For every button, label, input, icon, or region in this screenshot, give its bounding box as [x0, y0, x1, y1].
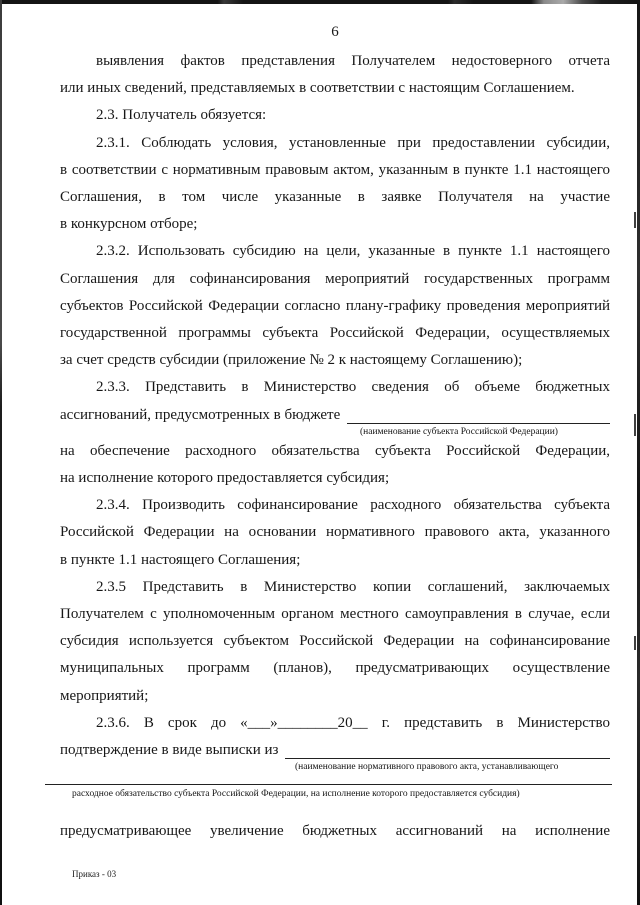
paragraph-2-3-4: 2.3.4. Производить софинансирование расх…: [60, 492, 610, 574]
scan-artifact: [634, 212, 636, 228]
scan-artifact: [634, 414, 636, 436]
text-line: государственной программы субъекта Росси…: [60, 320, 610, 347]
text-line: Соглашения, в том числе указанные в заяв…: [60, 184, 610, 211]
paragraph-2-3-2: 2.3.2. Использовать субсидию на цели, ук…: [60, 238, 610, 374]
document-body: выявления фактов представления Получател…: [60, 48, 610, 773]
text-line: 2.3.2. Использовать субсидию на цели, ук…: [60, 238, 610, 265]
text-line-with-blank: ассигнований, предусмотренных в бюджете: [60, 402, 610, 429]
text-line: подтверждение в виде выписки из: [60, 737, 278, 764]
fill-in-blank-line: [285, 744, 610, 759]
blank-caption: (наименование субъекта Российской Федера…: [360, 426, 610, 438]
document-footer: Приказ - 03: [72, 869, 116, 879]
paragraph-intro: выявления фактов представления Получател…: [60, 48, 610, 102]
text-line: мероприятий;: [60, 683, 610, 710]
paragraph-2-3-6: 2.3.6. В срок до «___»________20__ г. пр…: [60, 710, 610, 773]
paragraph-2-3-3: 2.3.3. Представить в Министерство сведен…: [60, 374, 610, 492]
text-line: субсидия используется субъектом Российск…: [60, 628, 610, 655]
paragraph-2-3-1: 2.3.1. Соблюдать условия, установленные …: [60, 130, 610, 239]
text-line: или иных сведений, представляемых в соот…: [60, 75, 610, 102]
text-line: в конкурсном отборе;: [60, 211, 610, 238]
text-line: 2.3.3. Представить в Министерство сведен…: [60, 374, 610, 401]
scan-border-top: [0, 0, 640, 4]
text-line: Получателем с уполномоченным органом мес…: [60, 601, 610, 628]
paragraph-continuation: предусматривающее увеличение бюджетных а…: [60, 818, 610, 845]
text-line: муниципальных программ (планов), предусм…: [60, 655, 610, 682]
text-line: 2.3.4. Производить софинансирование расх…: [60, 492, 610, 519]
text-line: 2.3. Получатель обязуется:: [60, 102, 610, 129]
blank-caption: (наименование нормативного правового акт…: [295, 761, 610, 773]
page-number: 6: [60, 24, 610, 41]
scan-artifact: [634, 636, 636, 650]
fill-in-blank-line: [347, 409, 610, 424]
text-line: Российской Федерации на основании нормат…: [60, 519, 610, 546]
paragraph-2-3: 2.3. Получатель обязуется:: [60, 102, 610, 129]
text-line: 2.3.5 Представить в Министерство копии с…: [60, 574, 610, 601]
text-line: на обеспечение расходного обязательства …: [60, 438, 610, 465]
text-line: 2.3.1. Соблюдать условия, установленные …: [60, 130, 610, 157]
text-line: на исполнение которого предоставляется с…: [60, 465, 610, 492]
text-line: 2.3.6. В срок до «___»________20__ г. пр…: [60, 710, 610, 737]
rule-caption: расходное обязательство субъекта Российс…: [45, 788, 612, 800]
text-line: в соответствии с нормативным правовым ак…: [60, 157, 610, 184]
text-line-with-blank: подтверждение в виде выписки из: [60, 737, 610, 764]
scan-border-left: [0, 0, 2, 905]
text-line: за счет средств субсидии (приложение № 2…: [60, 347, 610, 374]
text-line: выявления фактов представления Получател…: [60, 48, 610, 75]
text-line: Соглашения для софинансирования мероприя…: [60, 266, 610, 293]
paragraph-2-3-5: 2.3.5 Представить в Министерство копии с…: [60, 574, 610, 710]
fill-in-rule-section: расходное обязательство субъекта Российс…: [45, 784, 612, 800]
text-line: ассигнований, предусмотренных в бюджете: [60, 402, 340, 429]
text-line: в пункте 1.1 настоящего Соглашения;: [60, 547, 610, 574]
text-line: субъектов Российской Федерации согласно …: [60, 293, 610, 320]
